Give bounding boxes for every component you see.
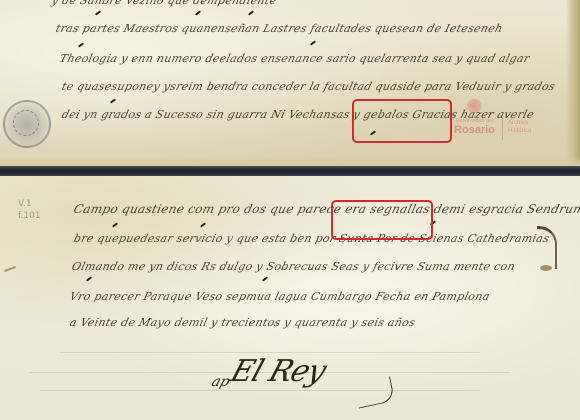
archive-watermark: Universidad del Rosario Archivo Históric…	[450, 96, 560, 146]
manuscript-line: Campo quastiene com pro dos que parece e…	[72, 202, 580, 216]
manuscript-bottom-fragment: V.1 f.101 Campo quastiene com pro dos qu…	[0, 176, 580, 420]
ink-stroke	[112, 222, 118, 227]
signature-flourish	[354, 376, 395, 408]
rose-logo-icon	[466, 98, 482, 114]
ink-blot	[540, 265, 552, 271]
watermark-divider	[502, 118, 503, 140]
manuscript-line: Vro parecer Paraque Veso sepmua lagua Cu…	[68, 290, 491, 303]
paper-edge	[566, 0, 580, 166]
ink-stroke	[95, 10, 101, 15]
watermark-archive-line2: Histórico	[508, 127, 531, 135]
ink-flourish	[537, 226, 557, 269]
margin-note-line: V.1	[18, 198, 41, 210]
archive-seal-stamp	[3, 100, 51, 148]
manuscript-line: tras partes Maestros quanenseñan Lastres…	[54, 22, 504, 35]
ink-stroke	[195, 10, 201, 15]
watermark-archive-line1: Archivo	[508, 119, 531, 127]
margin-note-line: f.101	[18, 210, 41, 222]
fragment-separator-bar	[0, 166, 580, 176]
manuscript-line: bre quepuedesar servicio y que esta ben …	[72, 232, 550, 245]
royal-signature: El Rey	[226, 354, 330, 389]
manuscript-line: y de Sanbre Vezino que dempendiente	[50, 0, 278, 7]
ink-stroke	[110, 98, 116, 103]
watermark-archive-label: Archivo Histórico	[508, 119, 531, 135]
paper-edge	[0, 156, 580, 166]
ink-stroke	[4, 266, 16, 272]
ink-stroke	[248, 10, 254, 15]
ink-stroke	[200, 222, 206, 227]
manuscript-line: a Veinte de Mayo demil y trecientos y qu…	[68, 316, 416, 329]
manuscript-line: Theologia y enn numero deelados ensenanc…	[58, 52, 531, 65]
margin-folio-note: V.1 f.101	[18, 198, 41, 222]
highlight-box-top	[352, 99, 452, 143]
ink-stroke	[262, 276, 268, 281]
bleed-through-ink	[40, 390, 480, 391]
ink-stroke	[78, 42, 84, 47]
watermark-institution-big: Rosario	[454, 124, 495, 136]
highlight-box-bottom	[331, 200, 433, 240]
manuscript-line: Olmando me yn dicos Rs dulgo y Sobrecuas…	[70, 260, 516, 273]
bleed-through-ink	[60, 352, 480, 353]
manuscript-top-fragment: y de Sanbre Vezino que dempendiente tras…	[0, 0, 580, 166]
ink-stroke	[310, 40, 316, 45]
seal-inner-ring	[13, 110, 39, 136]
ink-stroke	[86, 276, 92, 281]
manuscript-line: te quasesuponey ysreim bendra conceder l…	[60, 80, 556, 93]
